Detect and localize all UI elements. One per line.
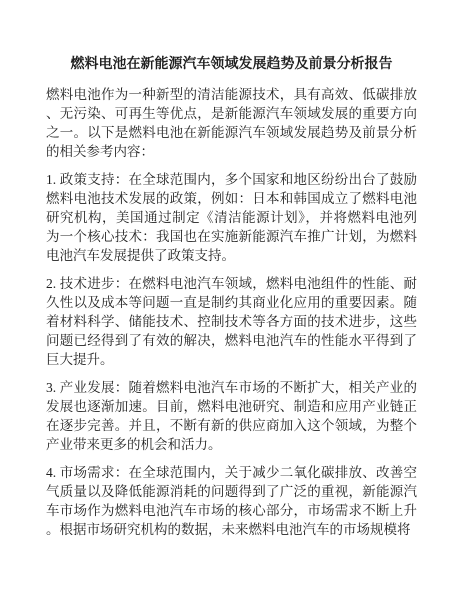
text-line: 3. 产业发展：随着燃料电池汽车市场的不断扩大，相关产业的 (46, 378, 417, 397)
paragraph: 燃料电池作为一种新型的清洁能源技术，具有高效、低碳排放、无污染、可再生等优点，是… (46, 85, 417, 161)
paragraph: 4. 市场需求：在全球范围内，关于减少二氧化碳排放、改善空气质量以及降低能源消耗… (46, 463, 417, 539)
text-line: 、无污染、可再生等优点，是新能源汽车领域发展的重要方向 (46, 104, 417, 123)
text-line: 2. 技术进步：在燃料电池汽车领域，燃料电池组件的性能、耐 (46, 274, 417, 293)
text-line: 电池汽车发展提供了政策支持。 (46, 246, 417, 265)
text-line: 1. 政策支持：在全球范围内，多个国家和地区纷纷出台了鼓励 (46, 170, 417, 189)
paragraph: 1. 政策支持：在全球范围内，多个国家和地区纷纷出台了鼓励燃料电池技术发展的政策… (46, 170, 417, 265)
document-content: 燃料电池在新能源汽车领域发展趋势及前景分析报告 燃料电池作为一种新型的清洁能源技… (0, 0, 463, 539)
text-line: 。根据市场研究机构的数据，未来燃料电池汽车的市场规模将 (46, 520, 417, 539)
text-line: 为一个核心技术：我国也在实施新能源汽车推广计划，为燃料 (46, 227, 417, 246)
text-line: 车市场作为燃料电池汽车市场的核心部分，市场需求不断上升 (46, 501, 417, 520)
text-line: 久性以及成本等问题一直是制约其商业化应用的重要因素。随 (46, 293, 417, 312)
text-line: 的相关参考内容： (46, 142, 417, 161)
paragraph: 2. 技术进步：在燃料电池汽车领域，燃料电池组件的性能、耐久性以及成本等问题一直… (46, 274, 417, 369)
paragraph-list: 燃料电池作为一种新型的清洁能源技术，具有高效、低碳排放、无污染、可再生等优点，是… (46, 85, 417, 539)
document-title: 燃料电池在新能源汽车领域发展趋势及前景分析报告 (46, 55, 417, 75)
document-page: 燃料电池在新能源汽车领域发展趋势及前景分析报告 燃料电池作为一种新型的清洁能源技… (0, 0, 463, 600)
text-line: 气质量以及降低能源消耗的问题得到了广泛的重视，新能源汽 (46, 482, 417, 501)
text-line: 研究机构，美国通过制定《清洁能源计划》，并将燃料电池列 (46, 208, 417, 227)
text-line: 燃料电池技术发展的政策，例如：日本和韩国成立了燃料电池 (46, 189, 417, 208)
paragraph: 3. 产业发展：随着燃料电池汽车市场的不断扩大，相关产业的发展也逐渐加速。目前，… (46, 378, 417, 454)
text-line: 发展也逐渐加速。目前，燃料电池研究、制造和应用产业链正 (46, 397, 417, 416)
text-line: 燃料电池作为一种新型的清洁能源技术，具有高效、低碳排放 (46, 85, 417, 104)
text-line: 4. 市场需求：在全球范围内，关于减少二氧化碳排放、改善空 (46, 463, 417, 482)
text-line: 产业带来更多的机会和活力。 (46, 435, 417, 454)
text-line: 问题已经得到了有效的解决，燃料电池汽车的性能水平得到了 (46, 331, 417, 350)
text-line: 之一。以下是燃料电池在新能源汽车领域发展趋势及前景分析 (46, 123, 417, 142)
text-line: 着材料科学、储能技术、控制技术等各方面的技术进步，这些 (46, 312, 417, 331)
text-line: 在逐步完善。并且，不断有新的供应商加入这个领域，为整个 (46, 416, 417, 435)
text-line: 巨大提升。 (46, 350, 417, 369)
